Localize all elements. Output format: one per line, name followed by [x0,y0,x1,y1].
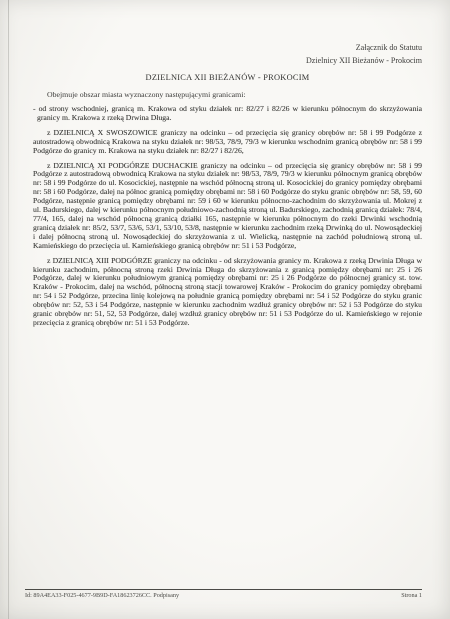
intro-line: Obejmuje obszar miasta wyznaczony następ… [33,90,422,99]
attachment-header-line2: Dzielnicy XII Bieżanów - Prokocim [33,54,422,67]
boundary-paragraph-district-xi: z DZIELNICĄ XI PODGÓRZE DUCHACKIE granic… [33,162,422,251]
attachment-header: Załącznik do Statutu Dzielnicy XII Bieża… [33,41,422,67]
scan-edge-artifact [8,0,9,619]
attachment-header-line1: Załącznik do Statutu [33,41,422,54]
page-footer: Id: 89A4EA33-F025-4677-9B9D-FA18623726CC… [25,592,422,599]
document-content: Załącznik do Statutu Dzielnicy XII Bieża… [33,41,422,328]
footer-divider [25,589,422,590]
document-title: DZIELNICA XII BIEŻANÓW - PROKOCIM [33,72,422,83]
document-id: Id: 89A4EA33-F025-4677-9B9D-FA18623726CC… [25,592,179,599]
boundary-paragraph-district-x: z DZIELNICĄ X SWOSZOWICE graniczy na odc… [33,129,422,156]
boundary-paragraph-district-xiii: z DZIELNICĄ XIII PODGÓRZE graniczy na od… [33,257,422,328]
page-number: Strona 1 [401,592,422,599]
scanned-document-page: Załącznik do Statutu Dzielnicy XII Bieża… [0,0,450,619]
boundary-paragraph-east: - od strony wschodniej, granicą m. Krako… [33,105,422,123]
